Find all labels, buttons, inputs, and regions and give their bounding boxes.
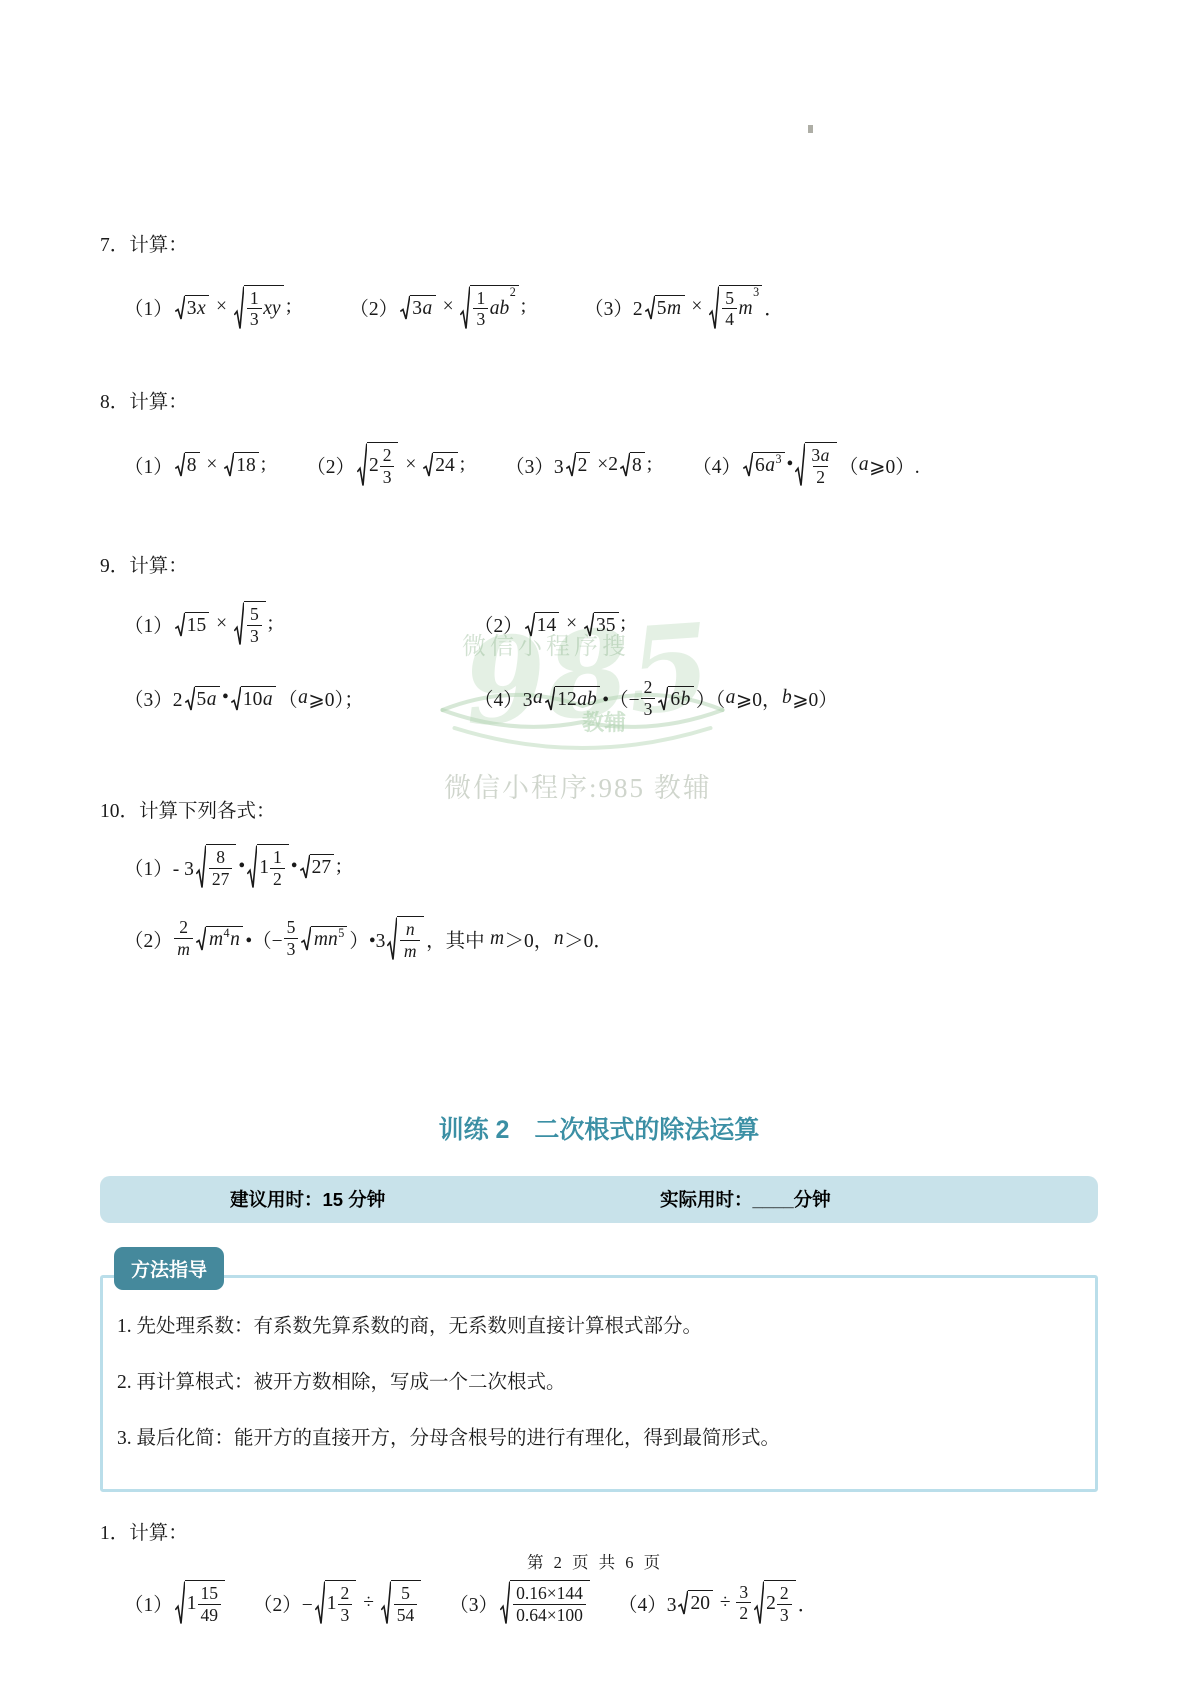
- fraction-numerator: 2: [777, 1583, 792, 1604]
- fraction-numerator: 1: [473, 288, 488, 309]
- radical-icon: [545, 686, 555, 711]
- math-text: 35: [596, 615, 616, 637]
- method-guide-lines: 1. 先处理系数：有系数先算系数的商，无系数则直接计算根式部分。2. 再计算根式…: [117, 1314, 1071, 1453]
- math-sqrt: 5m: [645, 295, 685, 320]
- math-variable: a: [206, 689, 217, 711]
- problem-list-bottom: 1．计算：（1）11549（2）−123 ÷ 554（3）0.16×1440.6…: [100, 1522, 1098, 1643]
- math-text: 8: [187, 455, 197, 477]
- radical-icon: [185, 686, 195, 711]
- method-guide: 方法指导 1. 先处理系数：有系数先算系数的商，无系数则直接计算根式部分。2. …: [100, 1247, 1098, 1492]
- radical-icon: [381, 1580, 391, 1625]
- math-text: （3）3: [505, 451, 564, 479]
- radicand: 0.16×1440.64×100: [510, 1580, 590, 1625]
- math-fraction: 13: [473, 288, 488, 330]
- math-sqrt: m4n: [196, 926, 243, 951]
- fraction-denominator: 49: [198, 1604, 222, 1626]
- math-text: 2: [644, 677, 653, 697]
- math-sqrt: 35: [584, 612, 619, 637]
- math-fraction: 12: [270, 847, 285, 889]
- math-text: 2: [578, 455, 588, 477]
- math-text: 3: [187, 298, 197, 320]
- math-sqrt: 223: [357, 442, 399, 487]
- math-text: ÷: [358, 1592, 378, 1614]
- fraction-denominator: 2: [813, 466, 828, 488]
- math-text: 5: [287, 917, 296, 937]
- math-text: 3: [811, 445, 820, 465]
- fraction-numerator: 2: [641, 677, 656, 698]
- math-sqrt: 2: [566, 452, 591, 477]
- math-text: 5: [197, 689, 207, 711]
- math-text: （1）- 3: [124, 853, 194, 881]
- fraction-denominator: 3: [247, 625, 262, 647]
- time-banner: 建议用时：15 分钟 实际用时：____分钟: [100, 1176, 1098, 1223]
- math-fraction: 54: [722, 288, 737, 330]
- math-variable: a: [298, 687, 309, 709]
- radicand: 13ab2: [470, 285, 518, 330]
- math-fraction: 23: [641, 677, 656, 719]
- actual-time-prefix: 实际用时：: [660, 1189, 753, 1210]
- fraction-denominator: 54: [394, 1604, 418, 1626]
- math-text: 5: [250, 604, 259, 624]
- math-text: 20: [690, 1593, 710, 1615]
- fraction-denominator: 27: [209, 868, 233, 890]
- fraction-numerator: 2: [176, 917, 191, 938]
- radical-icon: [175, 295, 185, 320]
- math-text: （2）−: [253, 1589, 313, 1617]
- problem-row: （1）11549（2）−123 ÷ 554（3）0.16×1440.64×100…: [124, 1563, 1098, 1643]
- math-sqrt: 54m3: [709, 285, 762, 330]
- math-text: ÷: [715, 1592, 735, 1614]
- math-text: 0.16×144: [516, 1583, 583, 1603]
- radical-icon: [315, 1580, 325, 1625]
- math-fraction: 23: [380, 445, 395, 487]
- math-expression: （1）8 × 18;: [124, 451, 266, 479]
- radical-icon: [234, 601, 244, 646]
- math-sqrt: 3a: [400, 295, 436, 320]
- math-text: 54: [397, 1605, 415, 1625]
- math-expression: （1）- 3827•112•27;: [124, 844, 342, 889]
- math-sqrt: 0.16×1440.64×100: [500, 1580, 590, 1625]
- math-text: 2: [341, 1583, 350, 1603]
- math-text: 3: [780, 1605, 789, 1625]
- radicand: 3x: [185, 295, 209, 320]
- worksheet-page: 985 微信小程序搜 教辅 微信小程序:985 教辅 7．计算：（1）3x × …: [0, 0, 1190, 1683]
- math-text: ;: [647, 454, 652, 476]
- problem: 8．计算：（1）8 × 18;（2）223 × 24;（3）32 ×28;（4）…: [100, 391, 1098, 492]
- math-text: •: [238, 856, 245, 878]
- math-sqrt: 13xy: [234, 285, 284, 330]
- fraction-denominator: 0.64×100: [513, 1604, 586, 1626]
- math-variable: a: [820, 445, 830, 465]
- radical-icon: [678, 1590, 688, 1615]
- radicand: 27: [310, 854, 335, 879]
- math-variable: ab: [577, 689, 598, 711]
- math-text: ×: [211, 613, 232, 635]
- math-text: （2）: [349, 293, 398, 321]
- fraction-denominator: 3: [338, 1604, 353, 1626]
- math-variable: m: [489, 928, 504, 950]
- radical-icon: [224, 452, 234, 477]
- math-variable: m: [177, 939, 191, 959]
- math-sqrt: 15: [175, 612, 210, 637]
- math-sqrt: 827: [196, 844, 237, 889]
- problem-row: （1）- 3827•112•27;: [124, 838, 1098, 896]
- math-variable: x: [197, 298, 207, 320]
- math-variable: m: [738, 298, 753, 320]
- math-text: 3: [412, 298, 422, 320]
- radicand: 14: [535, 612, 560, 637]
- problem: 1．计算：（1）11549（2）−123 ÷ 554（3）0.16×1440.6…: [100, 1522, 1098, 1643]
- fraction-denominator: 2: [270, 868, 285, 890]
- math-text: 1: [327, 1593, 337, 1615]
- math-sqrt: 53: [234, 601, 266, 646]
- math-text: 2: [816, 467, 825, 487]
- radicand: 20: [688, 1590, 713, 1615]
- math-expression: （3）25m × 54m3．: [584, 285, 784, 330]
- math-fraction: 3a2: [808, 445, 833, 487]
- radical-icon: [460, 285, 470, 330]
- math-text: ＞0．: [564, 925, 613, 953]
- radicand: 11549: [185, 1580, 225, 1625]
- math-text: 8: [632, 455, 642, 477]
- radicand: 223: [367, 442, 399, 487]
- math-text: （1）: [124, 1589, 173, 1617]
- math-expression: （2）14 × 35;: [474, 610, 1098, 638]
- radicand: mn5: [311, 926, 347, 951]
- math-text: ．: [798, 1589, 818, 1617]
- problem-title: 10．计算下列各式：: [100, 800, 1098, 823]
- math-text: 1: [273, 847, 282, 867]
- math-expression: （2）−123 ÷ 554: [253, 1580, 423, 1625]
- math-text: ⩾0，: [736, 684, 782, 712]
- math-text: ;: [621, 613, 626, 635]
- math-text: 2: [766, 1593, 776, 1615]
- fraction-denominator: 3: [473, 308, 488, 330]
- math-sqrt: mn5: [301, 926, 347, 951]
- math-text: （3）2: [124, 684, 183, 712]
- math-text: 2: [780, 1583, 789, 1603]
- problem: 10．计算下列各式：（1）- 3827•112•27;（2）2mm4n•（−53…: [100, 800, 1098, 967]
- math-text: 3: [644, 699, 653, 719]
- problem-row: （2）2mm4n•（−53mn5）•3nm，其中 m＞0，n＞0．: [124, 910, 1098, 968]
- math-text: ;: [261, 454, 266, 476]
- radicand: 24: [433, 452, 458, 477]
- math-expression: （1）3x × 13xy;: [124, 285, 291, 330]
- math-text: ＞0，: [505, 925, 554, 953]
- math-variable: n: [230, 929, 241, 951]
- radicand: 6b: [668, 686, 694, 711]
- radical-icon: [196, 844, 206, 889]
- math-superscript: 3: [775, 453, 781, 465]
- math-sqrt: 6b: [658, 686, 694, 711]
- math-expression: （1）15 × 53;: [124, 601, 474, 646]
- radicand: 554: [391, 1580, 422, 1625]
- radical-icon: [584, 612, 594, 637]
- radical-icon: [387, 916, 397, 961]
- radicand: 8: [185, 452, 200, 477]
- math-text: 49: [201, 1605, 219, 1625]
- radical-icon: [300, 854, 310, 879]
- problem-title: 7．计算：: [100, 234, 1098, 257]
- math-sqrt: 223: [754, 1580, 796, 1625]
- math-fraction: 23: [777, 1583, 792, 1625]
- radical-icon: [709, 285, 719, 330]
- math-text: ;: [460, 454, 465, 476]
- math-text: 27: [312, 857, 332, 879]
- math-sqrt: 18: [224, 452, 259, 477]
- fraction-numerator: 5: [398, 1583, 413, 1604]
- math-text: ×: [211, 296, 232, 318]
- fraction-numerator: 1: [270, 847, 285, 868]
- problem: 9．计算：（1）15 × 53;（2）14 × 35;（3）25a•10a（a⩾…: [100, 555, 1098, 726]
- scan-artifact-dot: [808, 125, 813, 133]
- math-fraction: 0.16×1440.64×100: [513, 1583, 586, 1625]
- math-superscript: 2: [510, 286, 516, 298]
- radical-icon: [400, 295, 410, 320]
- fraction-denominator: 2: [736, 1602, 751, 1624]
- math-text: •: [291, 856, 298, 878]
- radical-icon: [620, 452, 630, 477]
- actual-time-suffix: 分钟: [794, 1189, 831, 1210]
- problem-list-top: 7．计算：（1）3x × 13xy;（2）3a × 13ab2;（3）25m ×…: [100, 234, 1098, 968]
- fraction-numerator: 2: [380, 445, 395, 466]
- fraction-denominator: 3: [777, 1604, 792, 1626]
- math-text: 12: [557, 689, 577, 711]
- math-text: （1）: [124, 293, 173, 321]
- math-text: ;: [286, 296, 291, 318]
- math-sqrt: 12ab: [545, 686, 600, 711]
- math-variable: m: [403, 941, 417, 961]
- section-title: 训练 2 二次根式的除法运算: [100, 1110, 1098, 1146]
- radical-icon: [175, 612, 185, 637]
- math-variable: a: [858, 454, 869, 476]
- math-text: （2）: [124, 925, 173, 953]
- math-text: ;: [268, 613, 273, 635]
- radical-icon: [743, 452, 753, 477]
- fraction-numerator: 3a: [808, 445, 833, 466]
- math-sqrt: 27: [300, 854, 335, 879]
- math-variable: a: [725, 687, 736, 709]
- math-text: （: [278, 684, 298, 712]
- math-text: 2: [179, 917, 188, 937]
- radical-icon: [357, 442, 367, 487]
- math-variable: n: [553, 928, 564, 950]
- radical-icon: [658, 686, 668, 711]
- math-text: 1: [476, 288, 485, 308]
- actual-time-blank: ____: [753, 1189, 794, 1210]
- math-text: 18: [236, 455, 256, 477]
- math-variable: m: [666, 298, 681, 320]
- radicand: 18: [234, 452, 259, 477]
- fraction-numerator: 5: [284, 917, 299, 938]
- method-guide-tag: 方法指导: [114, 1247, 224, 1290]
- math-text: 1: [250, 288, 259, 308]
- page-number: 第 2 页 共 6 页: [0, 1549, 1190, 1573]
- math-fraction: 827: [209, 847, 233, 889]
- math-text: ;: [521, 296, 526, 318]
- math-sqrt: 24: [423, 452, 458, 477]
- radicand: 112: [257, 844, 289, 889]
- radicand: 223: [764, 1580, 796, 1625]
- radical-icon: [231, 686, 241, 711]
- math-text: 1: [187, 1593, 197, 1615]
- math-text: （2）: [306, 451, 355, 479]
- math-text: （1）: [124, 610, 173, 638]
- math-text: ×: [438, 296, 459, 318]
- math-sqrt: 112: [247, 844, 289, 889]
- math-text: ×2: [592, 454, 618, 476]
- math-text: 5: [401, 1583, 410, 1603]
- math-text: 15: [201, 1583, 219, 1603]
- math-expression: （3）25a•10a（a⩾0）；: [124, 684, 474, 712]
- math-variable: n: [405, 919, 415, 939]
- math-text: 3: [250, 309, 259, 329]
- fraction-denominator: 4: [722, 308, 737, 330]
- fraction-denominator: 3: [247, 308, 262, 330]
- fraction-numerator: 2: [338, 1583, 353, 1604]
- math-text: 2: [369, 455, 379, 477]
- math-expression: （3）32 ×28;: [505, 451, 652, 479]
- math-text: 2: [739, 1603, 748, 1623]
- radical-icon: [500, 1580, 510, 1625]
- math-text: 3: [287, 939, 296, 959]
- math-sqrt: 13ab2: [460, 285, 518, 330]
- actual-time-label: 实际用时：____分钟: [660, 1186, 831, 1212]
- page-content: 7．计算：（1）3x × 13xy;（2）3a × 13ab2;（3）25m ×…: [100, 234, 1098, 1643]
- math-variable: xy: [263, 298, 281, 320]
- math-sqrt: 6a3: [743, 452, 785, 477]
- fraction-numerator: 3: [736, 1582, 751, 1603]
- math-text: •（−: [245, 925, 282, 953]
- math-text: ×: [687, 296, 708, 318]
- math-text: （4）: [692, 451, 741, 479]
- math-text: ．: [764, 293, 784, 321]
- radicand: 6a3: [753, 452, 785, 477]
- radicand: 827: [206, 844, 237, 889]
- radical-icon: [566, 452, 576, 477]
- radicand: 54m3: [719, 285, 762, 330]
- math-fraction: 13: [247, 288, 262, 330]
- math-sqrt: 554: [381, 1580, 422, 1625]
- math-sqrt: 3x: [175, 295, 209, 320]
- math-expression: （1）11549: [124, 1580, 227, 1625]
- math-text: •: [222, 687, 229, 709]
- radicand: 3a2: [805, 442, 837, 487]
- math-text: 2: [383, 445, 392, 465]
- radicand: 2: [576, 452, 591, 477]
- problem-row: （1）3x × 13xy;（2）3a × 13ab2;（3）25m × 54m3…: [124, 281, 1098, 333]
- math-sqrt: 8: [175, 452, 200, 477]
- math-text: 8: [216, 847, 225, 867]
- fraction-numerator: n: [402, 919, 418, 940]
- math-fraction: 32: [736, 1582, 751, 1624]
- radicand: 35: [594, 612, 619, 637]
- problem-title: 9．计算：: [100, 555, 1098, 578]
- radicand: 8: [630, 452, 645, 477]
- radicand: 12ab: [555, 686, 600, 711]
- time-banner-wrap: 建议用时：15 分钟 实际用时：____分钟: [100, 1176, 1098, 1223]
- math-text: 0.64×100: [516, 1605, 583, 1625]
- math-variable: m: [208, 929, 223, 951]
- suggested-time-label: 建议用时：15 分钟: [230, 1186, 385, 1212]
- problem-row: （1）8 × 18;（2）223 × 24;（3）32 ×28;（4）6a3•3…: [124, 437, 1098, 493]
- math-sqrt: 10a: [231, 686, 276, 711]
- math-variable: a: [533, 687, 544, 709]
- math-sqrt: nm: [387, 916, 424, 961]
- guide-line: 2. 再计算根式：被开方数相除，写成一个二次根式。: [117, 1370, 1071, 1396]
- math-superscript: 4: [224, 927, 230, 939]
- math-sqrt: 123: [315, 1580, 357, 1625]
- math-text: ×: [202, 454, 223, 476]
- problem-row: （1）15 × 53;（2）14 × 35;: [124, 596, 1098, 652]
- math-fraction: 1549: [198, 1583, 222, 1625]
- radical-icon: [423, 452, 433, 477]
- radicand: nm: [397, 916, 424, 961]
- math-text: （2）: [474, 610, 523, 638]
- math-fraction: 53: [284, 917, 299, 959]
- math-text: 3: [739, 1582, 748, 1602]
- fraction-numerator: 5: [722, 288, 737, 309]
- radical-icon: [196, 926, 206, 951]
- math-text: （1）: [124, 451, 173, 479]
- math-expression: （4）320 ÷ 32223．: [618, 1580, 817, 1625]
- math-text: 3: [383, 467, 392, 487]
- math-sqrt: 20: [678, 1590, 713, 1615]
- math-expression: （4）6a3•3a2（a⩾0）.: [692, 442, 919, 487]
- math-superscript: 3: [753, 286, 759, 298]
- math-text: 1: [259, 857, 269, 879]
- math-text: ⩾0）: [792, 684, 838, 712]
- problem-row: （3）25a•10a（a⩾0）；（4）3a12ab•（−236b）（a⩾0，b⩾…: [124, 670, 1098, 726]
- math-text: 27: [212, 869, 230, 889]
- radicand: 10a: [241, 686, 276, 711]
- math-variable: ab: [489, 298, 510, 320]
- math-variable: mn: [313, 929, 338, 951]
- fraction-numerator: 0.16×144: [513, 1583, 586, 1604]
- radical-icon: [645, 295, 655, 320]
- math-sqrt: 5a: [185, 686, 221, 711]
- math-variable: a: [422, 298, 433, 320]
- radical-icon: [234, 285, 244, 330]
- radical-icon: [301, 926, 311, 951]
- math-text: ，其中: [426, 925, 489, 953]
- math-variable: a: [262, 689, 273, 711]
- math-text: 4: [725, 309, 734, 329]
- math-text: ⩾0）.: [869, 451, 919, 479]
- radicand: 53: [244, 601, 266, 646]
- math-expression: （2）3a × 13ab2;: [349, 285, 526, 330]
- radicand: 3a: [410, 295, 436, 320]
- math-text: 10: [243, 689, 263, 711]
- math-expression: （3）0.16×1440.64×100: [449, 1580, 592, 1625]
- radicand: 5a: [195, 686, 221, 711]
- fraction-numerator: 5: [247, 604, 262, 625]
- math-expression: （2）223 × 24;: [306, 442, 465, 487]
- math-text: ×: [400, 454, 421, 476]
- math-text: 3: [476, 309, 485, 329]
- radical-icon: [247, 844, 257, 889]
- math-text: ⩾0）；: [308, 684, 363, 712]
- fraction-denominator: 3: [380, 466, 395, 488]
- radical-icon: [175, 452, 185, 477]
- math-text: （: [839, 451, 859, 479]
- guide-line: 1. 先处理系数：有系数先算系数的商，无系数则直接计算根式部分。: [117, 1314, 1071, 1340]
- math-variable: b: [781, 687, 792, 709]
- math-fraction: nm: [400, 919, 420, 961]
- math-text: 2: [273, 869, 282, 889]
- math-expression: （4）3a12ab•（−236b）（a⩾0，b⩾0）: [474, 677, 1098, 719]
- radicand: 15: [185, 612, 210, 637]
